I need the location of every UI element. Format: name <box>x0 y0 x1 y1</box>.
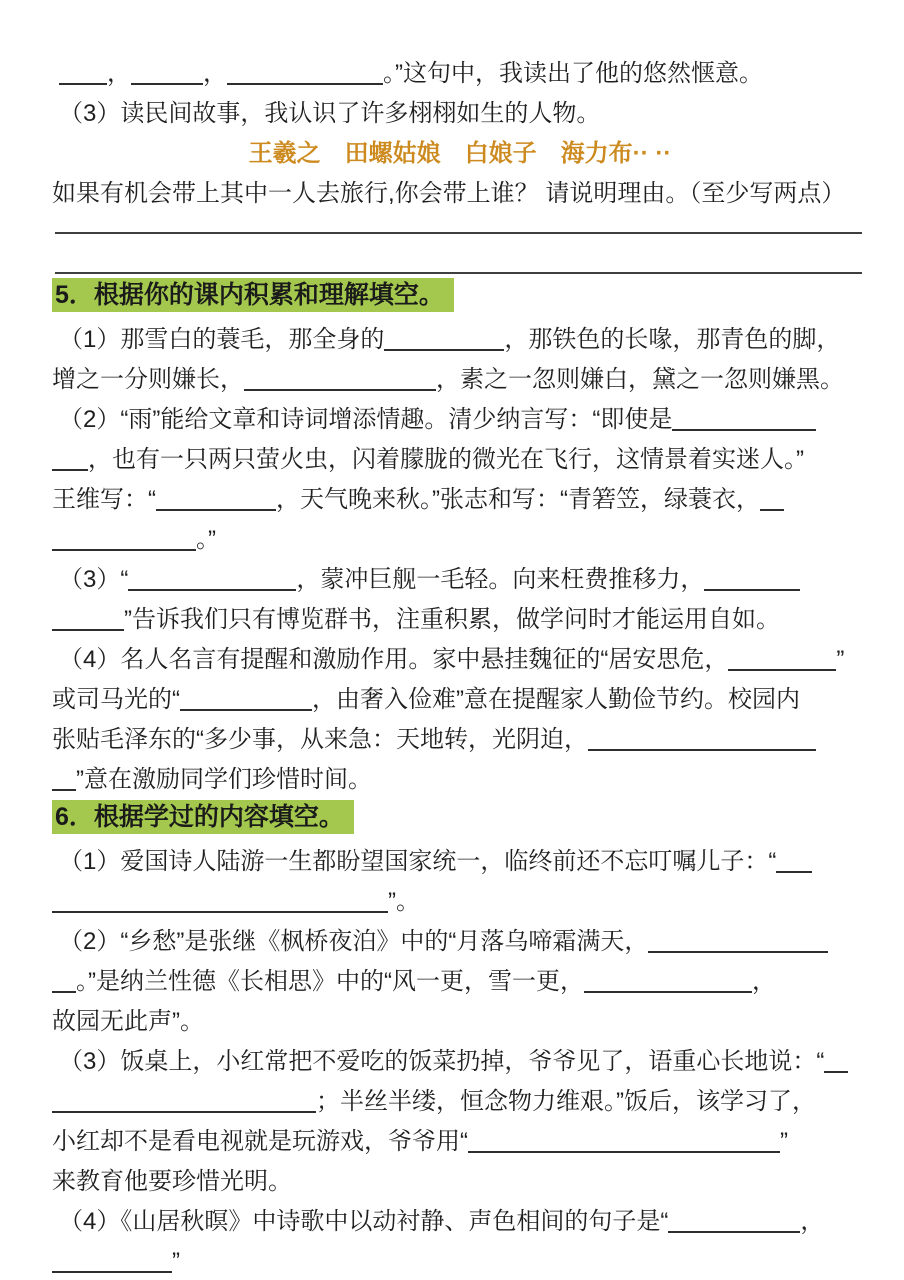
q5-item-2-line-2: ，也有一只两只萤火虫，闪着朦胧的微光在飞行，这情景着实迷人。” <box>52 440 868 480</box>
q5-item-1-line-1: （1）那雪白的蓑毛，那全身的，那铁色的长喙，那青色的脚， <box>52 320 868 360</box>
q5-item-2-line-3: 王维写：“，天气晚来秋。”张志和写：“青箬笠，绿蓑衣， <box>52 480 868 520</box>
question-4-item-3-line: （3）读民间故事，我认识了许多栩栩如生的人物。 <box>52 94 868 134</box>
q5-item-4-line-1: （4）名人名言有提醒和激励作用。家中悬挂魏征的“居安思危，” <box>52 640 868 680</box>
q5-item-4-line-3: 张贴毛泽东的“多少事，从来急：天地转，光阴迫， <box>52 720 868 760</box>
fill-in-blank <box>180 707 312 711</box>
fill-in-blank <box>59 81 107 85</box>
fill-in-blank <box>648 949 828 953</box>
fill-in-blank <box>156 507 276 511</box>
q6-item-3-line-3: 小红却不是看电视就是玩游戏，爷爷用“” <box>52 1122 868 1162</box>
q5-item-3-line-1: （3）“，蒙冲巨舰一毛轻。向来枉费推移力， <box>52 560 868 600</box>
fill-in-blank <box>760 507 784 511</box>
q6-item-2-line-3: 故园无此声”。 <box>52 1002 868 1042</box>
fill-in-blank <box>668 1229 800 1233</box>
q6-item-3-line-1: （3）饭桌上，小红常把不爱吃的饭菜扔掉，爷爷见了，语重心长地说：“ <box>52 1042 868 1082</box>
q5-item-1-line-2: 增之一分则嫌长，，素之一忽则嫌白，黛之一忽则嫌黑。 <box>52 360 868 400</box>
q5-item-3-line-2: ”告诉我们只有博览群书，注重积累，做学问时才能运用自如。 <box>52 600 868 640</box>
q6-item-4-line-2: ” <box>52 1242 868 1280</box>
question-4-prompt-line: 如果有机会带上其中一人去旅行,你会带上谁？ 请说明理由。（至少写两点） <box>52 174 868 214</box>
fill-in-blank <box>52 909 388 913</box>
question-4-continuation-line: ，，。”这句中，我读出了他的悠然惬意。 <box>52 54 868 94</box>
q5-item-4-line-4: ”意在激励同学们珍惜时间。 <box>52 760 868 800</box>
folk-tale-characters-line: 王羲之 田螺姑娘 白娘子 海力布·· ·· <box>52 134 868 174</box>
fill-in-blank <box>468 1149 780 1153</box>
q5-item-2-line-4: 。” <box>52 520 868 560</box>
q6-item-1-line-1: （1）爱国诗人陆游一生都盼望国家统一，临终前还不忘叮嘱儿子：“ <box>52 842 868 882</box>
fill-in-blank <box>584 989 752 993</box>
answer-rule-1 <box>55 232 862 234</box>
fill-in-blank <box>52 467 88 471</box>
fill-in-blank <box>52 787 76 791</box>
q6-item-4-line-1: （4）《山居秋暝》中诗歌中以动衬静、声色相间的句子是“， <box>52 1202 868 1242</box>
fill-in-blank <box>728 667 836 671</box>
q6-item-2-line-2: 。”是纳兰性德《长相思》中的“风一更，雪一更，， <box>52 962 868 1002</box>
fill-in-blank <box>227 81 383 85</box>
fill-in-blank <box>128 587 296 591</box>
fill-in-blank <box>384 347 504 351</box>
q6-item-3-line-2: ；半丝半缕，恒念物力维艰。”饭后，该学习了， <box>52 1082 868 1122</box>
fill-in-blank <box>52 547 196 551</box>
fill-in-blank <box>672 427 816 431</box>
fill-in-blank <box>244 387 436 391</box>
q6-item-3-line-4: 来教育他要珍惜光明。 <box>52 1162 868 1202</box>
q6-item-2-line-1: （2）“乡愁”是张继《枫桥夜泊》中的“月落乌啼霜满天， <box>52 922 868 962</box>
fill-in-blank <box>776 869 812 873</box>
section-6-heading: 6．根据学过的内容填空。 <box>52 802 868 838</box>
worksheet-document: ，，。”这句中，我读出了他的悠然惬意。（3）读民间故事，我认识了许多栩栩如生的人… <box>0 0 904 1280</box>
answer-rule-2 <box>55 272 862 274</box>
fill-in-blank <box>52 627 124 631</box>
section-6-heading-label: 6．根据学过的内容填空。 <box>52 800 354 834</box>
fill-in-blank <box>131 81 203 85</box>
q6-item-1-line-2: ”。 <box>52 882 868 922</box>
section-5-heading: 5．根据你的课内积累和理解填空。 <box>52 280 868 316</box>
q5-item-4-line-2: 或司马光的“，由奢入俭难”意在提醒家人勤俭节约。校园内 <box>52 680 868 720</box>
fill-in-blank <box>704 587 800 591</box>
fill-in-blank <box>588 747 816 751</box>
fill-in-blank <box>824 1069 848 1073</box>
q5-item-2-line-1: （2）“雨”能给文章和诗词增添情趣。清少纳言写：“即使是 <box>52 400 868 440</box>
section-5-heading-label: 5．根据你的课内积累和理解填空。 <box>52 278 454 312</box>
fill-in-blank <box>52 1269 172 1273</box>
fill-in-blank <box>52 989 76 993</box>
fill-in-blank <box>52 1109 316 1113</box>
